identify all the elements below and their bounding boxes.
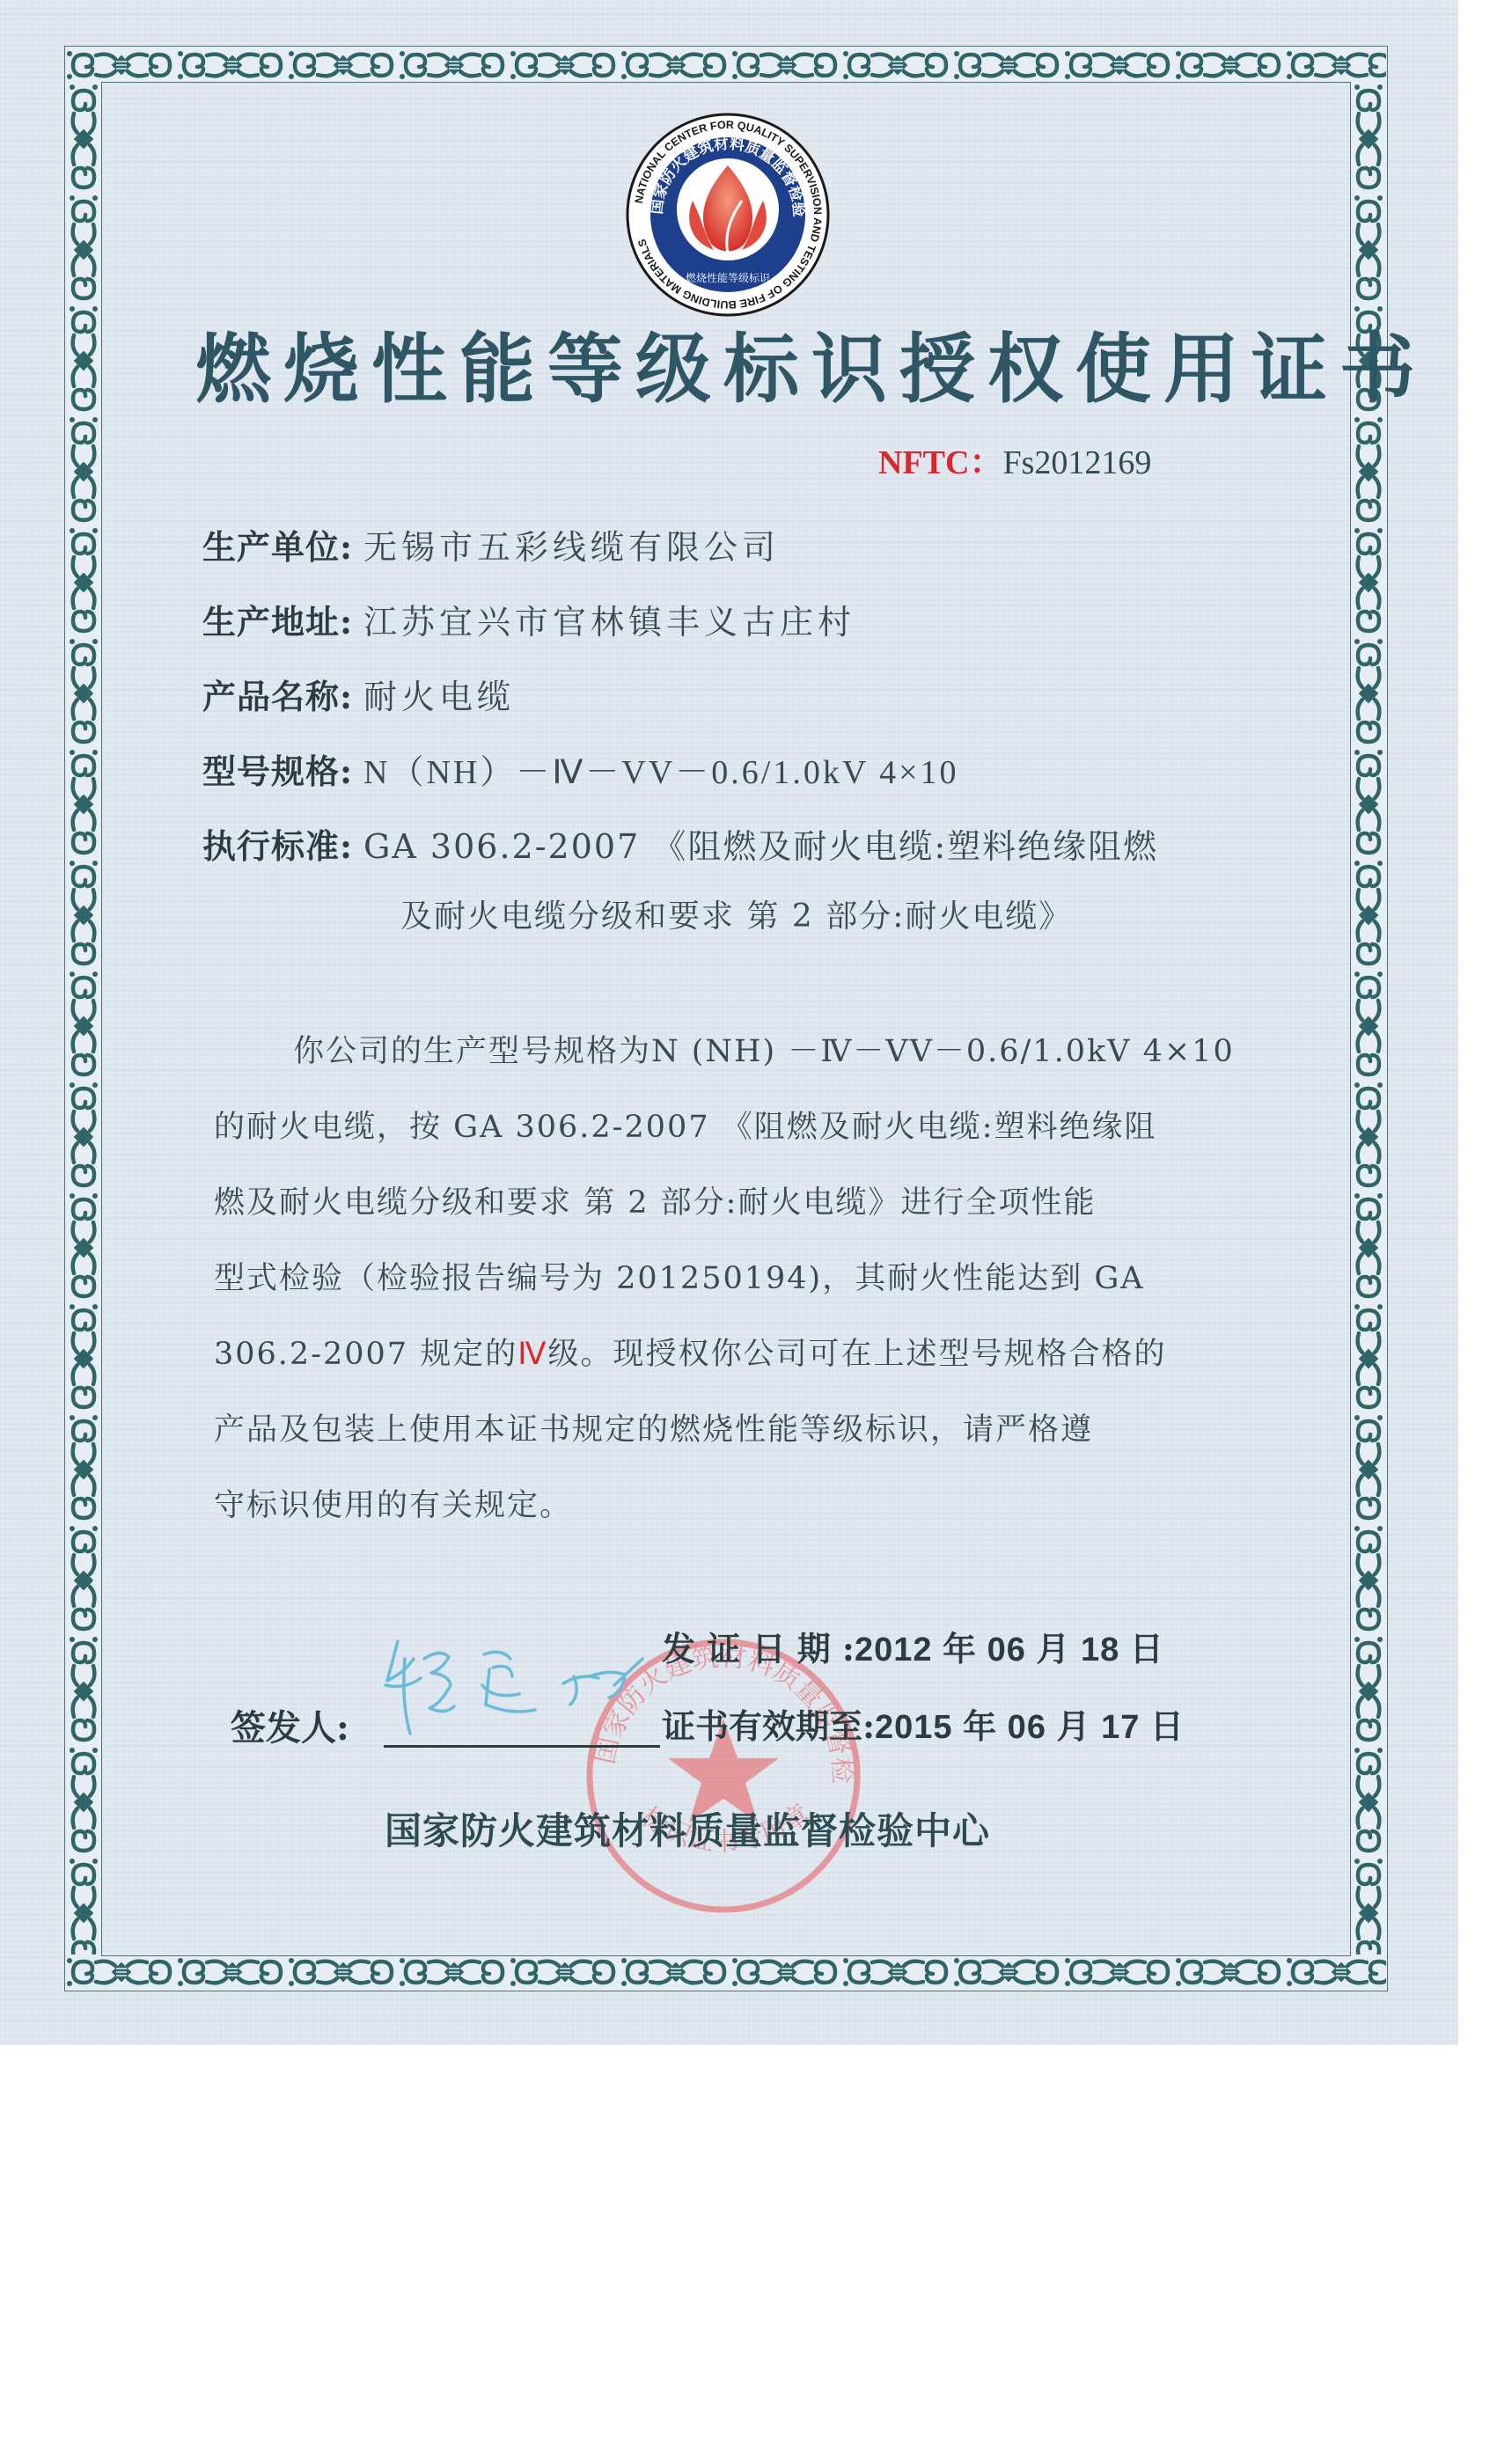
ornament-pattern-icon xyxy=(66,1954,1386,1991)
body-line: 的耐火电缆，按 GA 306.2-2007 《阻燃及耐火电缆:塑料绝缘阻 xyxy=(214,1089,1257,1165)
body-text-fragment: 306.2-2007 规定的 xyxy=(214,1337,517,1372)
body-line: 你公司的生产型号规格为N (NH) －Ⅳ－VV－0.6/1.0kV 4×10 xyxy=(214,1014,1257,1089)
field-address: 生产地址:江苏宜兴市官林镇丰义古庄村 xyxy=(202,600,855,644)
field-standard-continued: 及耐火电缆分级和要求 第 2 部分:耐火电缆》 xyxy=(400,895,1072,939)
field-label: 型号规格: xyxy=(202,752,353,791)
field-label: 产品名称: xyxy=(202,677,353,716)
ornament-pattern-icon xyxy=(66,47,1386,84)
field-value: 耐火电缆 xyxy=(363,678,515,716)
certificate-title: 燃烧性能等级标识授权使用证书 xyxy=(195,324,1265,414)
field-value: GA 306.2-2007 《阻燃及耐火电缆:塑料绝缘阻燃 xyxy=(363,827,1158,866)
signature-underline xyxy=(384,1745,660,1748)
border-left-band xyxy=(65,84,102,1954)
field-label: 生产单位: xyxy=(202,527,353,567)
certificate-number: NFTC：Fs2012169 xyxy=(878,435,1151,483)
field-producer: 生产单位:无锡市五彩线缆有限公司 xyxy=(202,525,780,569)
valid-until-label: 证书有效期至: xyxy=(662,1706,875,1746)
ornament-pattern-icon xyxy=(65,84,102,1954)
field-label: 执行标准: xyxy=(202,826,353,866)
border-bottom-band xyxy=(66,1954,1386,1991)
authorization-paragraph: 你公司的生产型号规格为N (NH) －Ⅳ－VV－0.6/1.0kV 4×10 的… xyxy=(214,1014,1257,1544)
body-line: 燃及耐火电缆分级和要求 第 2 部分:耐火电缆》进行全项性能 xyxy=(214,1165,1257,1241)
issue-date-label: 发 证 日 期 : xyxy=(662,1629,855,1668)
body-line: 产品及包装上使用本证书规定的燃烧性能等级标识，请严格遵 xyxy=(214,1392,1257,1468)
body-text-fragment: 级。现授权你公司可在上述型号规格合格的 xyxy=(548,1337,1167,1372)
svg-text:燃烧性能等级标识: 燃烧性能等级标识 xyxy=(686,271,771,284)
issuing-authority: 国家防火建筑材料质量监督检验中心 xyxy=(385,1802,990,1855)
body-line: 型式检验（检验报告编号为 201250194)，其耐火性能达到 GA xyxy=(214,1241,1257,1316)
issue-date-value: 2012 年 06 月 18 日 xyxy=(855,1632,1164,1668)
cert-number-value: Fs2012169 xyxy=(1002,444,1151,481)
border-top-band xyxy=(66,47,1386,84)
signer-label: 签发人: xyxy=(231,1700,349,1750)
body-line: 守标识使用的有关规定。 xyxy=(214,1468,1257,1544)
field-label: 生产地址: xyxy=(202,602,353,642)
nftc-fire-logo-icon: NATIONAL CENTER FOR QUALITY SUPERVISION … xyxy=(626,113,830,317)
body-line: 306.2-2007 规定的Ⅳ级。现授权你公司可在上述型号规格合格的 xyxy=(214,1316,1257,1392)
valid-until-value: 2015 年 06 月 17 日 xyxy=(875,1709,1185,1746)
field-standard: 执行标准:GA 306.2-2007 《阻燃及耐火电缆:塑料绝缘阻燃 xyxy=(202,825,1158,869)
cert-number-prefix: NFTC xyxy=(878,444,969,481)
field-value: N（NH）－Ⅳ－VV－0.6/1.0kV 4×10 xyxy=(363,754,959,791)
fire-grade-badge: Ⅳ xyxy=(517,1337,547,1371)
field-value: 江苏宜兴市官林镇丰义古庄村 xyxy=(363,603,855,642)
handwritten-signature xyxy=(378,1624,669,1747)
field-value: 无锡市五彩线缆有限公司 xyxy=(363,528,780,567)
cert-number-separator: ： xyxy=(969,444,1002,481)
field-product-name: 产品名称:耐火电缆 xyxy=(202,675,515,719)
field-model-spec: 型号规格:N（NH）－Ⅳ－VV－0.6/1.0kV 4×10 xyxy=(202,750,959,795)
issue-date-row: 发 证 日 期 :2012 年 06 月 18 日 xyxy=(662,1630,1164,1669)
valid-until-row: 证书有效期至:2015 年 06 月 17 日 xyxy=(662,1707,1185,1747)
